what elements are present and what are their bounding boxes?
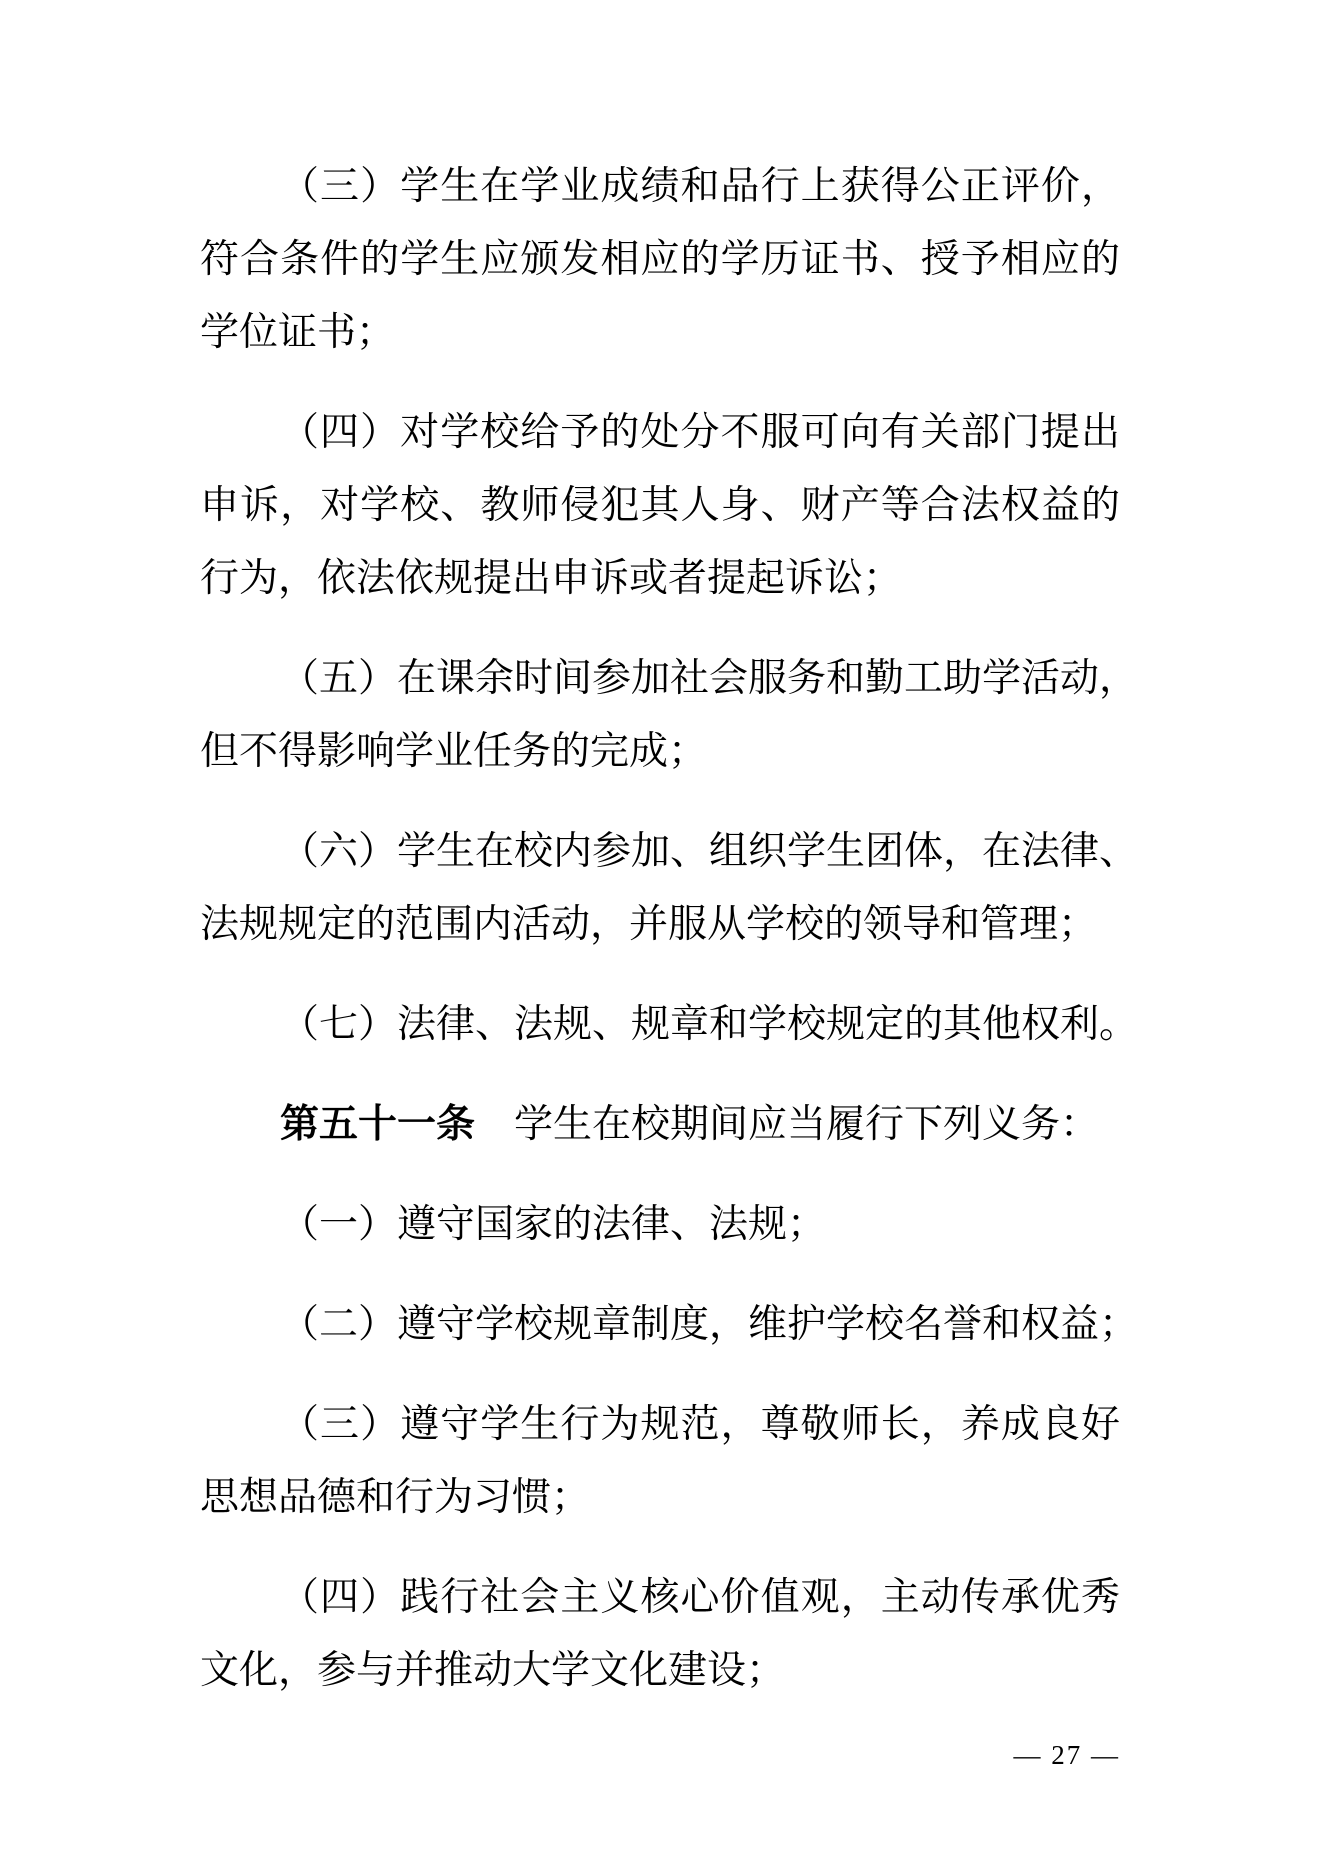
text-line: （三）遵守学生行为规范，尊敬师长，养成良好 <box>200 1388 1120 1461</box>
paragraph-right-item-4: （四）对学校给予的处分不服可向有关部门提出申诉，对学校、教师侵犯其人身、财产等合… <box>200 396 1120 615</box>
text-line: 学位证书； <box>200 296 1120 369</box>
paragraph-right-item-3: （三）学生在学业成绩和品行上获得公正评价，符合条件的学生应颁发相应的学历证书、授… <box>200 150 1120 369</box>
paragraph-duty-item-4: （四）践行社会主义核心价值观，主动传承优秀文化，参与并推动大学文化建设； <box>200 1561 1120 1707</box>
text-line: （三）学生在学业成绩和品行上获得公正评价， <box>200 150 1120 223</box>
document-page: （三）学生在学业成绩和品行上获得公正评价，符合条件的学生应颁发相应的学历证书、授… <box>0 0 1323 1871</box>
text-line: 法规规定的范围内活动，并服从学校的领导和管理； <box>200 888 1120 961</box>
text-line: （六）学生在校内参加、组织学生团体，在法律、 <box>200 815 1120 888</box>
text-line: 但不得影响学业任务的完成； <box>200 715 1120 788</box>
text-line: （一）遵守国家的法律、法规； <box>200 1188 1120 1261</box>
text-line: 行为，依法依规提出申诉或者提起诉讼； <box>200 542 1120 615</box>
text-line: （四）践行社会主义核心价值观，主动传承优秀 <box>200 1561 1120 1634</box>
article-number: 第五十一条 <box>280 1103 475 1146</box>
paragraph-article-51: 第五十一条 学生在校期间应当履行下列义务： <box>200 1088 1120 1161</box>
paragraph-right-item-6: （六）学生在校内参加、组织学生团体，在法律、法规规定的范围内活动，并服从学校的领… <box>200 815 1120 961</box>
paragraph-duty-item-2: （二）遵守学校规章制度，维护学校名誉和权益； <box>200 1288 1120 1361</box>
paragraph-right-item-7: （七）法律、法规、规章和学校规定的其他权利。 <box>200 988 1120 1061</box>
text-line: （二）遵守学校规章制度，维护学校名誉和权益； <box>200 1288 1120 1361</box>
page-number: — 27 — <box>1014 1740 1121 1770</box>
document-body: （三）学生在学业成绩和品行上获得公正评价，符合条件的学生应颁发相应的学历证书、授… <box>200 150 1120 1707</box>
text-line: （五）在课余时间参加社会服务和勤工助学活动， <box>200 642 1120 715</box>
text-line: 第五十一条 学生在校期间应当履行下列义务： <box>200 1088 1120 1161</box>
text-line: （四）对学校给予的处分不服可向有关部门提出 <box>200 396 1120 469</box>
text-line: 思想品德和行为习惯； <box>200 1461 1120 1534</box>
paragraph-duty-item-3: （三）遵守学生行为规范，尊敬师长，养成良好思想品德和行为习惯； <box>200 1388 1120 1534</box>
text-line: （七）法律、法规、规章和学校规定的其他权利。 <box>200 988 1120 1061</box>
paragraph-right-item-5: （五）在课余时间参加社会服务和勤工助学活动，但不得影响学业任务的完成； <box>200 642 1120 788</box>
paragraph-duty-item-1: （一）遵守国家的法律、法规； <box>200 1188 1120 1261</box>
text-line: 符合条件的学生应颁发相应的学历证书、授予相应的 <box>200 223 1120 296</box>
text-line: 申诉，对学校、教师侵犯其人身、财产等合法权益的 <box>200 469 1120 542</box>
text-line: 文化，参与并推动大学文化建设； <box>200 1634 1120 1707</box>
